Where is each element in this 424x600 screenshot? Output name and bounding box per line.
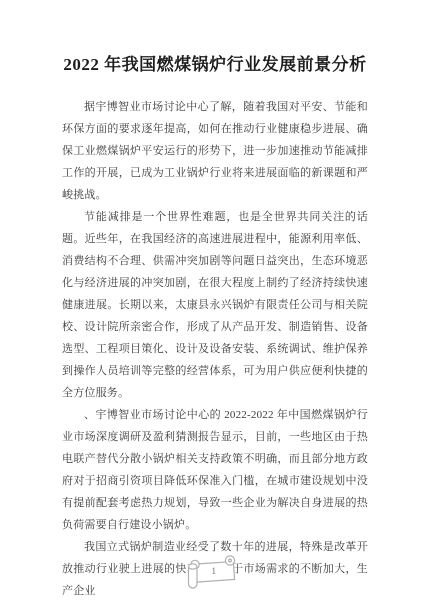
document-content: 2022 年我国燃煤锅炉行业发展前景分析 据宇博智业市场讨论中心了解，随着我国对…: [0, 0, 424, 600]
scroll-page-number-icon: 1: [183, 554, 241, 592]
page-footer: 1: [183, 554, 241, 592]
paragraph-2: 节能减排是一个世界性难题，也是全世界共同关注的话题。近些年，在我国经济的高速进展…: [62, 206, 368, 404]
document-title: 2022 年我国燃煤锅炉行业发展前景分析: [62, 52, 368, 78]
document-page: 2022 年我国燃煤锅炉行业发展前景分析 据宇博智业市场讨论中心了解，随着我国对…: [0, 0, 424, 600]
document-body: 据宇博智业市场讨论中心了解，随着我国对平安、节能和环保方面的要求逐年提高，如何在…: [62, 96, 368, 600]
paragraph-1: 据宇博智业市场讨论中心了解，随着我国对平安、节能和环保方面的要求逐年提高，如何在…: [62, 96, 368, 206]
paragraph-3: 、宇博智业市场讨论中心的 2022-2022 年中国燃煤锅炉行业市场深度调研及盈…: [62, 404, 368, 536]
page-number: 1: [211, 566, 216, 576]
